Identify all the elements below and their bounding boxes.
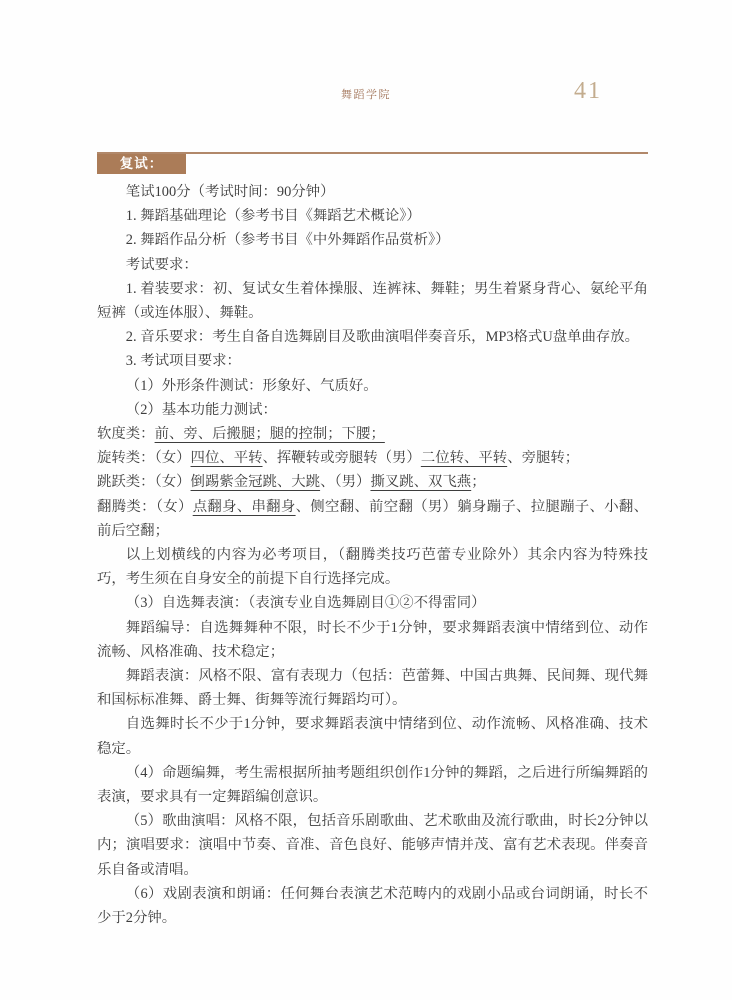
paragraph: （2）基本功能力测试： bbox=[97, 398, 648, 422]
text-segment: 笔试100分（考试时间：90分钟） bbox=[126, 184, 335, 200]
text-segment: 舞蹈编导：自选舞舞种不限，时长不少于1分钟，要求舞蹈表演中情绪到位、动作流畅、风… bbox=[97, 620, 648, 660]
paragraph: 1. 舞蹈基础理论（参考书目《舞蹈艺术概论》） bbox=[97, 204, 648, 228]
underlined-required-item: 前、旁、后搬腿；腿的控制；下腰； bbox=[155, 426, 385, 442]
text-segment: ； bbox=[471, 474, 485, 490]
text-segment: 1. 着装要求：初、复试女生着体操服、连裤袜、舞鞋；男生着紧身背心、氨纶平角短裤… bbox=[97, 281, 648, 321]
paragraph: 跳跃类：（女）倒踢紫金冠跳、大跳、（男）撕叉跳、双飞燕； bbox=[97, 470, 648, 494]
text-segment: 软度类： bbox=[97, 426, 155, 442]
text-segment: 跳跃类：（女） bbox=[97, 474, 191, 490]
text-segment: （5）歌曲演唱：风格不限，包括音乐剧歌曲、艺术歌曲及流行歌曲，时长2分钟以内；演… bbox=[97, 813, 648, 877]
section-badge-retest: 复试： bbox=[97, 154, 186, 174]
document-page: 舞蹈学院 41 复试： 笔试100分（考试时间：90分钟）1. 舞蹈基础理论（参… bbox=[0, 0, 732, 1000]
paragraph: 3. 考试项目要求： bbox=[97, 349, 648, 373]
document-body: 笔试100分（考试时间：90分钟）1. 舞蹈基础理论（参考书目《舞蹈艺术概论》）… bbox=[97, 180, 648, 930]
text-segment: （6）戏剧表演和朗诵：任何舞台表演艺术范畴内的戏剧小品或台词朗诵，时长不少于2分… bbox=[97, 886, 648, 926]
text-segment: （2）基本功能力测试： bbox=[126, 402, 277, 418]
paragraph: 1. 着装要求：初、复试女生着体操服、连裤袜、舞鞋；男生着紧身背心、氨纶平角短裤… bbox=[97, 277, 648, 325]
paragraph: 2. 音乐要求：考生自备自选舞剧目及歌曲演唱伴奏音乐，MP3格式U盘单曲存放。 bbox=[97, 325, 648, 349]
text-segment: 2. 舞蹈作品分析（参考书目《中外舞蹈作品赏析》） bbox=[126, 232, 450, 248]
paragraph: 旋转类：（女）四位、平转、挥鞭转或旁腿转（男）二位转、平转、旁腿转； bbox=[97, 446, 648, 470]
underlined-required-item: 二位转、平转 bbox=[421, 450, 507, 466]
paragraph: 自选舞时长不少于1分钟，要求舞蹈表演中情绪到位、动作流畅、风格准确、技术稳定。 bbox=[97, 712, 648, 760]
running-header-title: 舞蹈学院 bbox=[0, 86, 732, 102]
text-segment: 自选舞时长不少于1分钟，要求舞蹈表演中情绪到位、动作流畅、风格准确、技术稳定。 bbox=[97, 716, 648, 756]
section-divider-rule: 复试： bbox=[97, 152, 648, 174]
paragraph: （5）歌曲演唱：风格不限，包括音乐剧歌曲、艺术歌曲及流行歌曲，时长2分钟以内；演… bbox=[97, 809, 648, 882]
underlined-required-item: 撕叉跳、双飞燕 bbox=[370, 474, 471, 490]
paragraph: （1）外形条件测试：形象好、气质好。 bbox=[97, 374, 648, 398]
underlined-required-item: 点翻身、串翻身 bbox=[193, 499, 296, 515]
paragraph: （3）自选舞表演：（表演专业自选舞剧目①②不得雷同） bbox=[97, 591, 648, 615]
paragraph: 舞蹈表演：风格不限、富有表现力（包括：芭蕾舞、中国古典舞、民间舞、现代舞和国标标… bbox=[97, 664, 648, 712]
text-segment: 1. 舞蹈基础理论（参考书目《舞蹈艺术概论》） bbox=[126, 208, 421, 224]
paragraph: 以上划横线的内容为必考项目，（翻腾类技巧芭蕾专业除外）其余内容为特殊技巧，考生须… bbox=[97, 543, 648, 591]
underlined-required-item: 倒踢紫金冠跳、大跳 bbox=[191, 474, 321, 490]
paragraph: 翻腾类：（女）点翻身、串翻身、侧空翻、前空翻（男）躺身蹦子、拉腿蹦子、小翻、前后… bbox=[97, 495, 648, 543]
text-segment: 翻腾类：（女） bbox=[97, 499, 193, 515]
underlined-required-item: 四位、平转 bbox=[191, 450, 263, 466]
text-segment: 考试要求： bbox=[126, 257, 198, 273]
paragraph: 笔试100分（考试时间：90分钟） bbox=[97, 180, 648, 204]
text-segment: （4）命题编舞，考生需根据所抽考题组织创作1分钟的舞蹈，之后进行所编舞蹈的表演，… bbox=[97, 765, 648, 805]
page-number: 41 bbox=[574, 78, 602, 105]
text-segment: （1）外形条件测试：形象好、气质好。 bbox=[126, 378, 378, 394]
text-segment: 2. 音乐要求：考生自备自选舞剧目及歌曲演唱伴奏音乐，MP3格式U盘单曲存放。 bbox=[126, 329, 639, 345]
paragraph: （4）命题编舞，考生需根据所抽考题组织创作1分钟的舞蹈，之后进行所编舞蹈的表演，… bbox=[97, 761, 648, 809]
text-segment: 、（男） bbox=[320, 474, 370, 490]
paragraph: 舞蹈编导：自选舞舞种不限，时长不少于1分钟，要求舞蹈表演中情绪到位、动作流畅、风… bbox=[97, 616, 648, 664]
paragraph: （6）戏剧表演和朗诵：任何舞台表演艺术范畴内的戏剧小品或台词朗诵，时长不少于2分… bbox=[97, 882, 648, 930]
paragraph: 2. 舞蹈作品分析（参考书目《中外舞蹈作品赏析》） bbox=[97, 228, 648, 252]
paragraph: 考试要求： bbox=[97, 253, 648, 277]
text-segment: 旋转类：（女） bbox=[97, 450, 191, 466]
text-segment: 以上划横线的内容为必考项目，（翻腾类技巧芭蕾专业除外）其余内容为特殊技巧，考生须… bbox=[97, 547, 648, 587]
text-segment: 舞蹈表演：风格不限、富有表现力（包括：芭蕾舞、中国古典舞、民间舞、现代舞和国标标… bbox=[97, 668, 648, 708]
paragraph: 软度类：前、旁、后搬腿；腿的控制；下腰； bbox=[97, 422, 648, 446]
text-segment: （3）自选舞表演：（表演专业自选舞剧目①②不得雷同） bbox=[126, 595, 486, 611]
text-segment: 、旁腿转； bbox=[507, 450, 579, 466]
text-segment: 、挥鞭转或旁腿转（男） bbox=[263, 450, 421, 466]
text-segment: 3. 考试项目要求： bbox=[126, 353, 241, 369]
